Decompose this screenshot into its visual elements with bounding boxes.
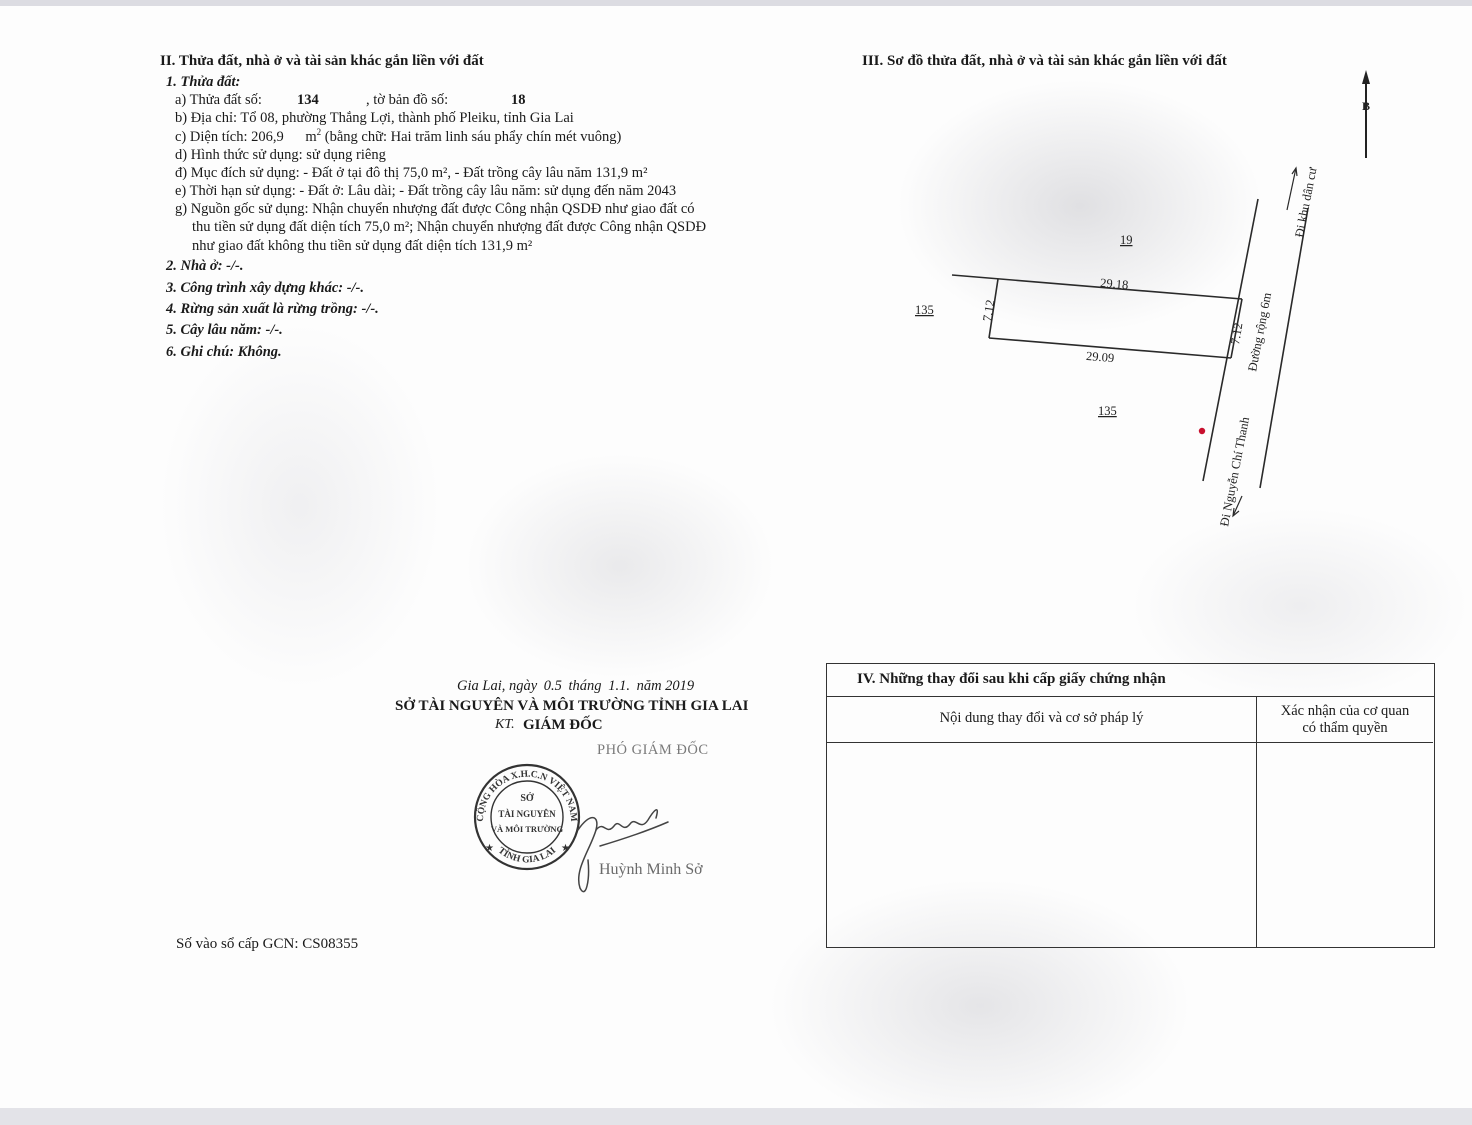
section-4-title: IV. Những thay đổi sau khi cấp giấy chứn… — [857, 671, 1166, 688]
signer-name: Huỳnh Minh Sở — [599, 861, 703, 879]
deputy-director-title: PHÓ GIÁM ĐỐC — [597, 741, 709, 759]
production-forest-item: 4. Rừng sản xuất là rừng trồng: -/-. — [166, 300, 379, 318]
issue-month: 1.1. — [608, 678, 630, 694]
area-line: c) Diện tích: 206,9 m2 (bằng chữ: Hai tr… — [175, 128, 621, 146]
house-item: 2. Nhà ở: -/-. — [166, 257, 243, 275]
parcel-number-value: 134 — [297, 91, 319, 109]
parcel-number-label: a) Thửa đất số: — [175, 91, 262, 109]
usage-origin-line-3: như giao đất không thu tiền sử dụng đất … — [192, 237, 532, 255]
director-title: GIÁM ĐỐC — [523, 716, 603, 734]
issuing-agency: SỞ TÀI NGUYÊN VÀ MÔI TRƯỜNG TỈNH GIA LAI — [395, 697, 748, 715]
changes-confirmation-cell[interactable] — [1257, 743, 1434, 947]
map-sheet-value: 18 — [511, 91, 526, 109]
perennial-trees-item: 5. Cây lâu năm: -/-. — [166, 321, 283, 339]
viewer-bottom-bar — [0, 1108, 1472, 1125]
registry-number: Số vào sổ cấp GCN: CS08355 — [176, 935, 358, 953]
section-2-title: II. Thửa đất, nhà ở và tài sản khác gắn … — [160, 52, 484, 70]
area-unit: m2 — [305, 129, 321, 145]
issue-date-line: Gia Lai, ngày 0.5 tháng 1.1. năm 2019 — [457, 677, 694, 695]
land-parcel-heading: 1. Thửa đất: — [166, 73, 240, 91]
area-value: c) Diện tích: 206,9 — [175, 129, 284, 145]
notes-item: 6. Ghi chú: Không. — [166, 343, 282, 361]
usage-origin-line-1: g) Nguồn gốc sử dụng: Nhận chuyển nhượng… — [175, 200, 695, 218]
on-behalf-mark: KT. — [495, 716, 515, 734]
usage-form-line: d) Hình thức sử dụng: sử dụng riêng — [175, 146, 386, 164]
section-3-title: III. Sơ đồ thửa đất, nhà ở và tài sản kh… — [862, 52, 1227, 70]
changes-table-title-row: IV. Những thay đổi sau khi cấp giấy chứn… — [827, 664, 1434, 697]
usage-term-line: e) Thời hạn sử dụng: - Đất ở: Lâu dài; -… — [175, 182, 676, 200]
col-header-confirmation: Xác nhận của cơ quan có thẩm quyền — [1257, 697, 1433, 743]
map-sheet-label: , tờ bản đồ số: — [366, 91, 448, 109]
address-line: b) Địa chỉ: Tổ 08, phường Thắng Lợi, thà… — [175, 109, 574, 127]
col-header-content: Nội dung thay đổi và cơ sở pháp lý — [827, 697, 1257, 743]
usage-origin-line-2: thu tiền sử dụng đất diện tích 75,0 m²; … — [192, 218, 706, 236]
area-in-words: (bằng chữ: Hai trăm linh sáu phẩy chín m… — [325, 129, 622, 145]
other-construction-item: 3. Công trình xây dựng khác: -/-. — [166, 279, 364, 297]
issue-day: 0.5 — [544, 678, 562, 694]
changes-table: IV. Những thay đổi sau khi cấp giấy chứn… — [826, 663, 1435, 948]
usage-purpose-line: đ) Mục đích sử dụng: - Đất ở tại đô thị … — [175, 164, 647, 182]
changes-content-cell[interactable] — [827, 743, 1257, 947]
